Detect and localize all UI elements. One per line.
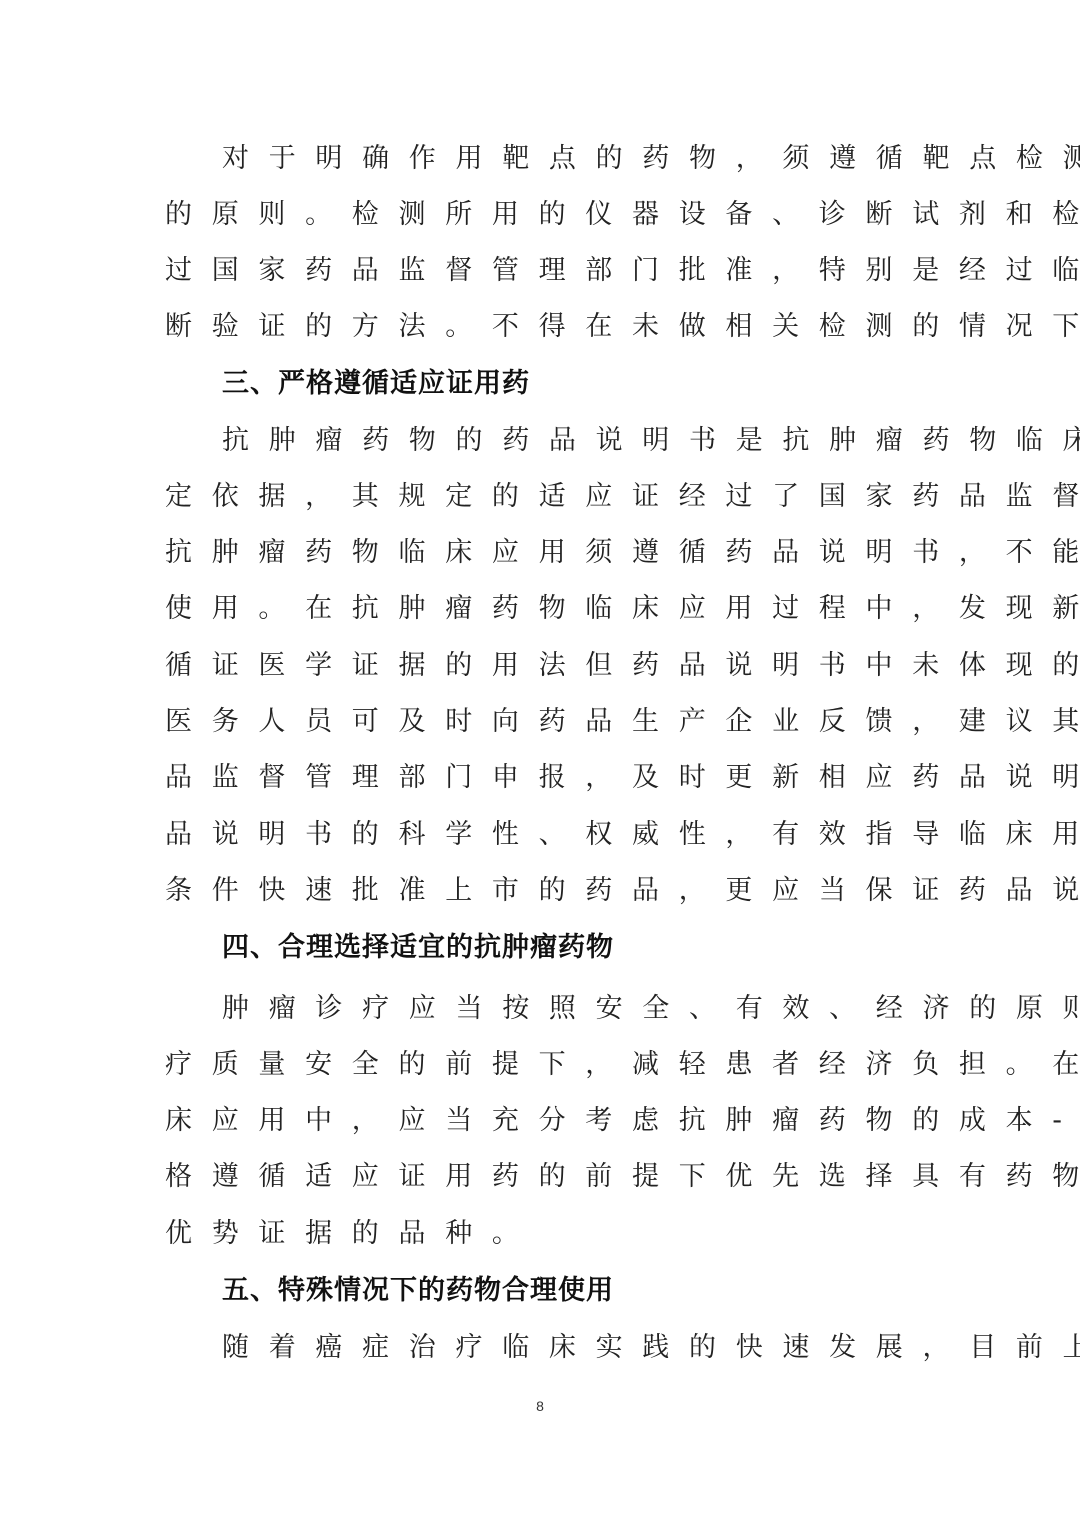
paragraph-line: 抗肿瘤药物的药品说明书是抗肿瘤药物临床应用的法	[222, 424, 1080, 458]
paragraph-line: 随着癌症治疗临床实践的快速发展，目前上市的抗肿瘤	[222, 1331, 1080, 1365]
paragraph-line: 疗质量安全的前提下，减轻患者经济负担。在抗肿瘤药物临	[165, 1048, 1080, 1082]
paragraph-line: 抗肿瘤药物临床应用须遵循药品说明书，不能随意超适应证	[165, 536, 1080, 570]
paragraph-line: 断验证的方法。不得在未做相关检测的情况下盲目用药。	[165, 310, 1080, 344]
paragraph-line: 床应用中，应当充分考虑抗肿瘤药物的成本-效果比，在严	[165, 1104, 1080, 1138]
section-heading-3: 三、严格遵循适应证用药	[222, 367, 530, 401]
paragraph-line: 使用。在抗肿瘤药物临床应用过程中，发现新的具有高级别	[165, 592, 1080, 626]
paragraph-line: 过国家药品监督管理部门批准，特别是经过临床试验伴随诊	[165, 254, 1080, 288]
paragraph-line: 的原则。检测所用的仪器设备、诊断试剂和检测方法应当经	[165, 198, 1080, 232]
paragraph-line: 优势证据的品种。	[165, 1217, 539, 1251]
paragraph-line: 品监督管理部门申报，及时更新相应药品说明书，以保证药	[165, 761, 1080, 795]
paragraph-line: 定依据，其规定的适应证经过了国家药品监督管理部门批准。	[165, 480, 1080, 514]
paragraph-line: 对于明确作用靶点的药物，须遵循靶点检测后方可使用	[222, 142, 1080, 176]
paragraph-line: 肿瘤诊疗应当按照安全、有效、经济的原则，在保障医	[222, 992, 1080, 1026]
paragraph-line: 格遵循适应证用药的前提下优先选择具有药物经济学评价	[165, 1160, 1080, 1194]
paragraph-line: 条件快速批准上市的药品，更应当保证药品说明书的时效性。	[165, 874, 1080, 908]
paragraph-line: 品说明书的科学性、权威性，有效指导临床用药。特别是有	[165, 818, 1080, 852]
paragraph-line: 医务人员可及时向药品生产企业反馈，建议其主动向国家药	[165, 705, 1080, 739]
paragraph-line: 循证医学证据的用法但药品说明书中未体现的，医疗机构和	[165, 649, 1080, 683]
document-page: 对于明确作用靶点的药物，须遵循靶点检测后方可使用 的原则。检测所用的仪器设备、诊…	[0, 0, 1080, 1527]
page-number: 8	[0, 1398, 1080, 1414]
section-heading-5: 五、特殊情况下的药物合理使用	[222, 1274, 614, 1308]
section-heading-4: 四、合理选择适宜的抗肿瘤药物	[222, 931, 614, 965]
